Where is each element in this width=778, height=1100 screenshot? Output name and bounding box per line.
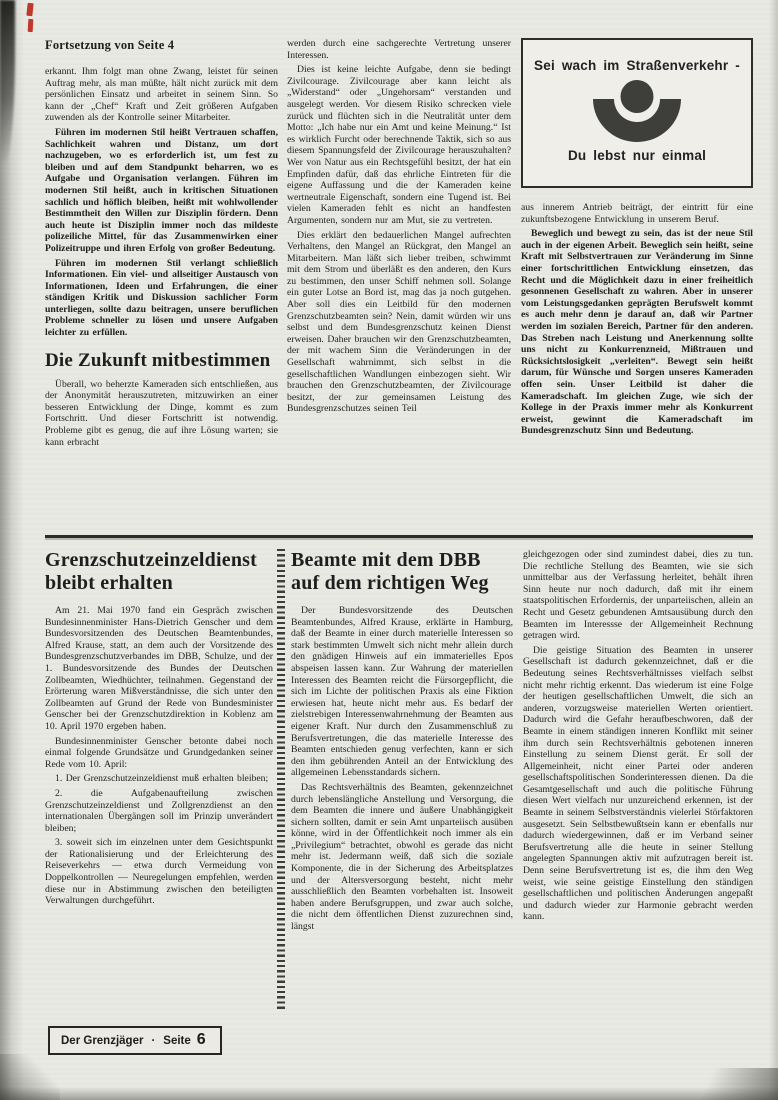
article-paragraph: Dies erklärt den bedauerlichen Mangel au…	[287, 230, 511, 416]
article-paragraph: werden durch eine sachgerechte Vertretun…	[287, 38, 511, 61]
article-paragraph: Die geistige Situation des Beamten in un…	[523, 645, 753, 923]
red-pen-mark	[28, 19, 34, 32]
article-paragraph: Führen im modernen Stil heißt Vertrauen …	[45, 127, 278, 255]
article-paragraph: aus innerem Antrieb beiträgt, der eintri…	[521, 202, 753, 225]
numbered-item: 2. die Aufgabenaufteilung zwischen Grenz…	[45, 788, 273, 834]
page-label: Seite	[163, 1035, 191, 1047]
article-paragraph: Bundesinnenminister Genscher betonte dab…	[45, 736, 273, 771]
footer-separator: ·	[151, 1035, 155, 1047]
dashed-column-separator	[277, 549, 285, 1011]
bottom-article-section: Grenzschutzeinzeldienst bleibt erhalten …	[45, 549, 753, 1089]
scan-shadow-right-edge	[769, 0, 778, 1100]
article-paragraph: gleichgezogen oder sind zumindest dabei,…	[523, 549, 753, 642]
safety-ad-box: Sei wach im Straßenverkehr - Du lebst nu…	[521, 38, 753, 188]
article-paragraph: Dies ist keine leichte Aufgabe, denn sie…	[287, 64, 511, 226]
top-column-1: Fortsetzung von Seite 4 erkannt. Ihm fol…	[45, 38, 278, 451]
article-paragraph: Überall, wo beherzte Kameraden sich ents…	[45, 379, 278, 449]
logo-circle	[621, 80, 654, 113]
page-footer-box: Der Grenzjäger·Seite6	[48, 1026, 222, 1055]
article-paragraph: Der Bundesvorsitzende des Deutschen Beam…	[291, 605, 513, 779]
red-pen-mark	[26, 3, 33, 17]
ad-slogan: Du lebst nur einmal	[523, 148, 751, 163]
continuation-kicker: Fortsetzung von Seite 4	[45, 38, 278, 53]
bottom-column-3: gleichgezogen oder sind zumindest dabei,…	[523, 549, 753, 1011]
numbered-item: 3. soweit sich im einzelnen unter dem Ge…	[45, 837, 273, 907]
page-content: Fortsetzung von Seite 4 erkannt. Ihm fol…	[45, 38, 753, 1089]
headline-beamte-dbb: Beamte mit dem DBB auf dem richtigen Weg	[291, 549, 513, 595]
numbered-item: 1. Der Grenzschutzeinzeldienst muß erhal…	[45, 773, 273, 785]
article-paragraph: Beweglich und bewegt zu sein, das ist de…	[521, 228, 753, 437]
scan-shadow-left-edge	[0, 0, 24, 1100]
article-paragraph: Führen im modernen Stil verlangt schließ…	[45, 258, 278, 339]
scan-shadow-top-left-corner	[0, 0, 15, 165]
headline-die-zukunft-mitbestimmen: Die Zukunft mitbestimmen	[45, 350, 278, 372]
bottom-column-1: Grenzschutzeinzeldienst bleibt erhalten …	[45, 549, 273, 1011]
newspaper-page: Fortsetzung von Seite 4 erkannt. Ihm fol…	[0, 0, 778, 1100]
safety-logo-icon	[593, 80, 681, 142]
top-column-3: Sei wach im Straßenverkehr - Du lebst nu…	[521, 38, 753, 451]
article-paragraph: Das Rechtsverhältnis des Beamten, gekenn…	[291, 782, 513, 933]
top-article-section: Fortsetzung von Seite 4 erkannt. Ihm fol…	[45, 38, 753, 534]
page-number: 6	[197, 1031, 206, 1048]
bottom-column-2: Beamte mit dem DBB auf dem richtigen Weg…	[291, 549, 513, 1011]
article-paragraph: erkannt. Ihm folgt man ohne Zwang, leist…	[45, 66, 278, 124]
ad-headline: Sei wach im Straßenverkehr -	[523, 58, 751, 73]
section-divider-rule	[45, 535, 753, 538]
article-paragraph: Am 21. Mai 1970 fand ein Gespräch zwisch…	[45, 605, 273, 733]
top-column-2: werden durch eine sachgerechte Vertretun…	[287, 38, 511, 451]
publication-title: Der Grenzjäger	[61, 1035, 143, 1047]
headline-grenzschutzeinzeldienst: Grenzschutzeinzeldienst bleibt erhalten	[45, 549, 273, 595]
